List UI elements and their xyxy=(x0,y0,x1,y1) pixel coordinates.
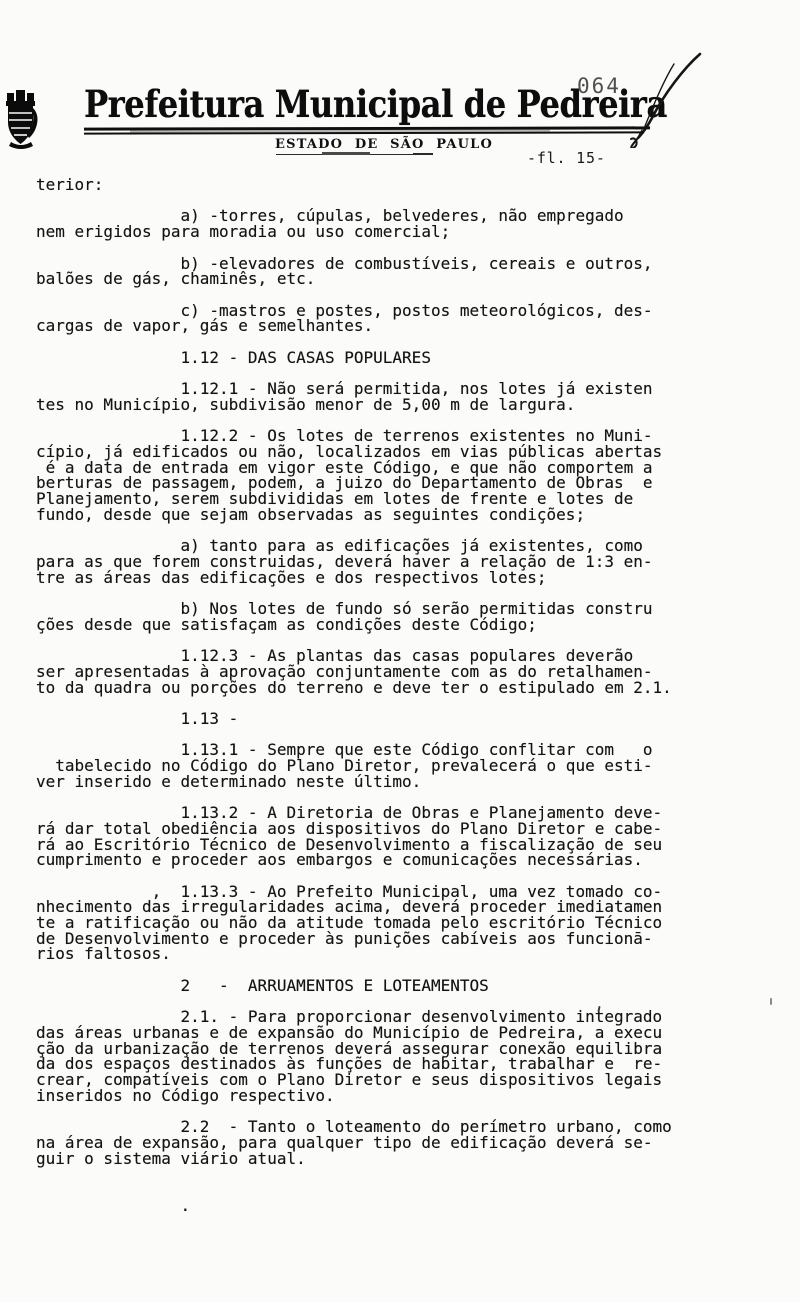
scan-speck xyxy=(770,998,772,1005)
scanned-document-page: Prefeitura Municipal de Pedreira 064 EST… xyxy=(0,0,800,1302)
header-rule-bottom xyxy=(84,131,644,134)
state-subtitle-underline-thick xyxy=(322,152,370,155)
state-subtitle: ESTADO DE SÃO PAULO xyxy=(275,137,493,152)
municipal-coat-of-arms-icon xyxy=(3,90,41,150)
folio-number: -fl. 15- xyxy=(527,149,606,167)
document-body-text: terior: a) -torres, cúpulas, belvederes,… xyxy=(36,177,672,1213)
state-subtitle-underline-dash xyxy=(413,153,433,155)
